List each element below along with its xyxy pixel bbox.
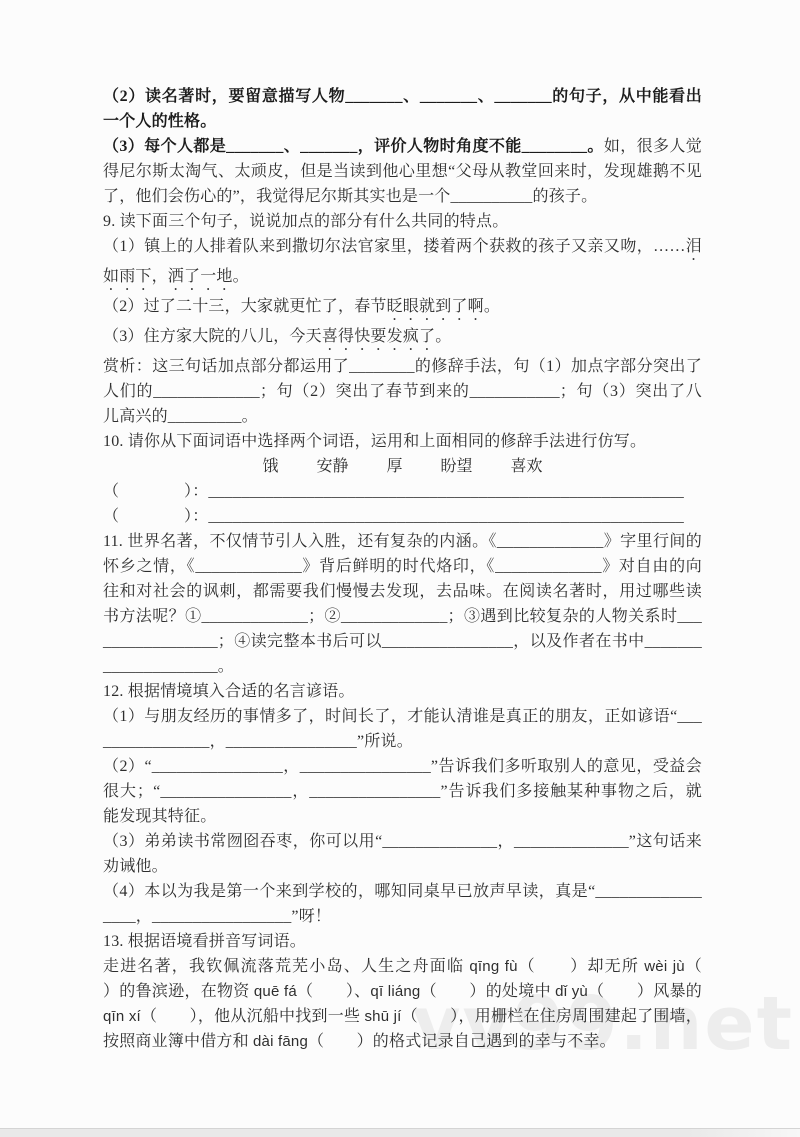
q9-s3-text: （3）住方家大院的八儿，今天 <box>103 328 322 345</box>
q9-s3-period: 。 <box>435 328 451 345</box>
q9-stem: 9. 读下面三个句子，说说加点的部分有什么共同的特点。 <box>103 209 702 234</box>
q10-word-bank: 饿 安静 厚 盼望 喜欢 <box>103 454 702 479</box>
q13-stem: 13. 根据语境看拼音写词语。 <box>103 929 702 954</box>
q13-pinyin: dài fāng <box>253 1033 308 1050</box>
worksheet-page: vv99.net （2）读名著时，要留意描写人物_______、_______、… <box>0 0 800 1137</box>
q13-pinyin: qī liáng <box>370 983 420 1000</box>
q13-passage: 走进名著，我钦佩流落荒芜小岛、人生之舟面临 qīng fù（ ）却无所 wèi … <box>103 954 702 1054</box>
word-bank-item: 厚 <box>386 454 402 479</box>
q13-text-segment: （ ），他从沉船中找到一些 <box>141 1008 365 1025</box>
q11-text: 11. 世界名著，不仅情节引人入胜，还有复杂的内涵。《_____________… <box>103 529 702 679</box>
word-bank-item: 喜欢 <box>511 454 543 479</box>
q13-text-segment: 走进名著，我钦佩流落荒芜小岛、人生之舟面临 <box>103 958 469 975</box>
q9-s1-period: 。 <box>233 268 249 285</box>
word-bank-item: 盼望 <box>441 454 473 479</box>
word-bank-item: 饿 <box>262 454 278 479</box>
word-bank-item: 安静 <box>316 454 348 479</box>
q12-item2: （2）“________________，________________”告诉… <box>103 754 702 829</box>
q13-pinyin: qīng fù <box>469 958 517 975</box>
q9-s2-period: 。 <box>484 298 500 315</box>
q9-sentence-2: （2）过了二十三，大家就更忙了，春节眨眼就到了啊。 <box>103 294 702 324</box>
q12-item4: （4）本以为我是第一个来到学校的，哪知同桌早已放声早读，真是“_________… <box>103 879 702 929</box>
q13-text-segment: （ ）却无所 <box>518 958 645 975</box>
q13-pinyin: wèi jù <box>644 958 685 975</box>
q13-pinyin: shū jí <box>364 1008 401 1025</box>
q13-pinyin: dǐ yù <box>555 983 588 1000</box>
q9-s1-text: （1）镇上的人排着队来到撒切尔法官家里，搂着两个获救的孩子又亲又吻，…… <box>103 238 686 255</box>
q13-text-segment: （ ）风暴的 <box>588 983 702 1000</box>
q10-stem: 10. 请你从下面词语中选择两个词语，运用和上面相同的修辞手法进行仿写。 <box>103 429 702 454</box>
q10-answer-line-2: （ ）：____________________________________… <box>103 504 702 529</box>
q10-answer-line-1: （ ）：____________________________________… <box>103 479 702 504</box>
q12-stem: 12. 根据情境填入合适的名言谚语。 <box>103 679 702 704</box>
q12-item1: （1）与朋友经历的事情多了，时间长了，才能认清谁是真正的朋友，正如谚语“____… <box>103 704 702 754</box>
q9-s2-emphasized: 眨眼就到了啊 <box>387 298 484 315</box>
q13-pinyin: quē fá <box>254 983 297 1000</box>
q9-sentence-1: （1）镇上的人排着队来到撒切尔法官家里，搂着两个获救的孩子又亲又吻，……泪如雨下… <box>103 234 702 294</box>
q9-s2-text: （2）过了二十三，大家就更忙了，春节 <box>103 298 387 315</box>
q12-item3: （3）弟弟读书常囫囵吞枣，你可以用“______________，_______… <box>103 829 702 879</box>
worksheet-content: （2）读名著时，要留意描写人物_______、_______、_______的句… <box>103 84 702 1054</box>
q8-item2: （2）读名著时，要留意描写人物_______、_______、_______的句… <box>103 84 702 134</box>
scan-edge-strip <box>0 1128 800 1137</box>
q13-text-segment: （ ）、 <box>297 983 371 1000</box>
q13-text-segment: （ ）的格式记录自己遇到的幸与不幸。 <box>308 1033 616 1050</box>
q9-sentence-3: （3）住方家大院的八儿，今天喜得快要发疯了。 <box>103 324 702 354</box>
q9-analysis: 赏析：这三句话加点部分都运用了________的修辞手法，句（1）加点字部分突出… <box>103 354 702 429</box>
q9-s3-emphasized: 喜得快要发疯了 <box>322 328 435 345</box>
q8-item3: （3）每个人都是_______、_______，评价人物时角度不能_______… <box>103 134 702 209</box>
q13-pinyin: qīn xí <box>103 1008 141 1025</box>
q13-text-segment: （ ）的处境中 <box>420 983 555 1000</box>
q8-item3-stem: （3）每个人都是_______、_______，评价人物时角度不能_______… <box>103 138 604 155</box>
